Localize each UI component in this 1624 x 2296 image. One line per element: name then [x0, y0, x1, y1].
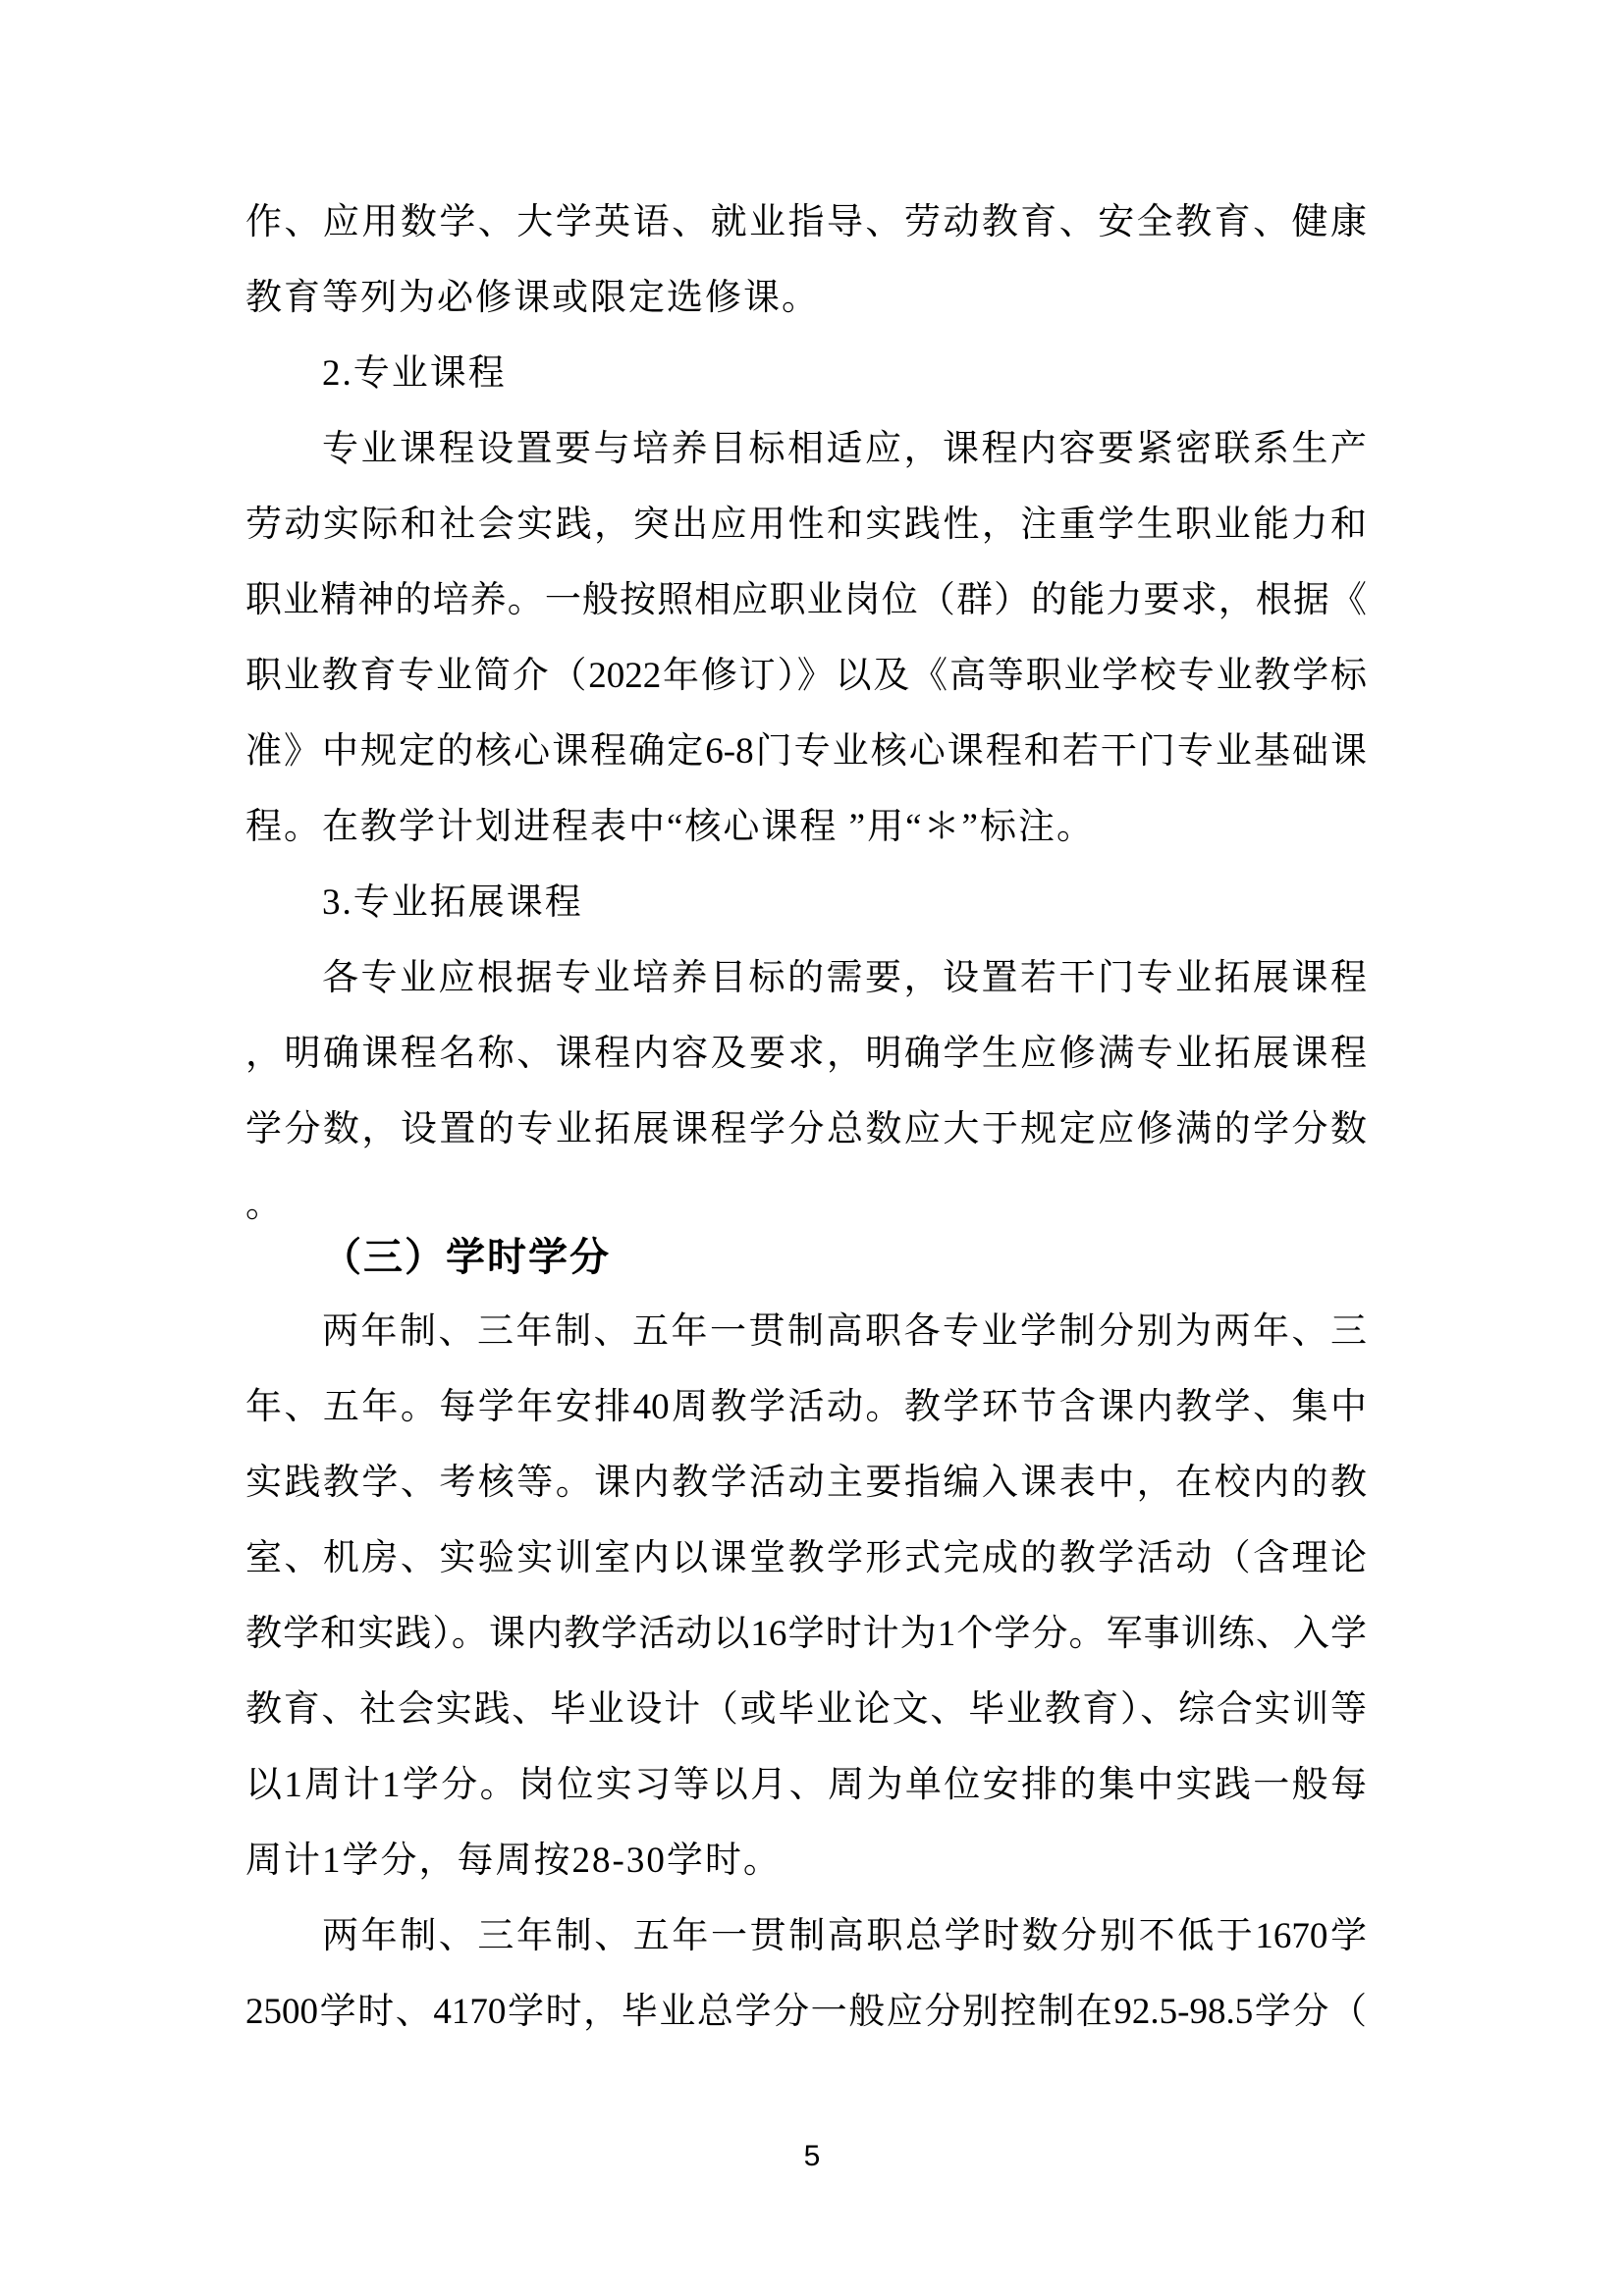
text-line: 教育、社会实践、毕业设计（或毕业论文、毕业教育）、综合实训等 — [245, 1672, 1367, 1747]
text-line: 室、机房、实验实训室内以课堂教学形式完成的教学活动（含理论 — [245, 1521, 1367, 1596]
page-number: 5 — [0, 2140, 1624, 2173]
document-text-block: 作、应用数学、大学英语、就业指导、劳动教育、安全教育、健康教育等列为必修课或限定… — [245, 185, 1367, 2050]
text-line: 教育等列为必修课或限定选修课。 — [245, 260, 1367, 336]
text-line: 程。在教学计划进程表中“核心课程 ”用“＊”标注。 — [245, 789, 1367, 865]
text-line: 实践教学、考核等。课内教学活动主要指编入课表中，在校内的教 — [245, 1445, 1367, 1521]
text-line: 2500学时、4170学时，毕业总学分一般应分别控制在92.5-98.5学分（ — [245, 1974, 1367, 2050]
text-line: 各专业应根据专业培养目标的需要，设置若干门专业拓展课程 — [245, 940, 1367, 1016]
text-line: 2.专业课程 — [245, 336, 1367, 411]
text-line: 作、应用数学、大学英语、就业指导、劳动教育、安全教育、健康 — [245, 185, 1367, 260]
text-line: 两年制、三年制、五年一贯制高职总学时数分别不低于1670学时、 — [245, 1898, 1367, 1974]
document-page: 作、应用数学、大学英语、就业指导、劳动教育、安全教育、健康教育等列为必修课或限定… — [0, 0, 1624, 2296]
text-line: 准》中规定的核心课程确定6-8门专业核心课程和若干门专业基础课 — [245, 714, 1367, 789]
text-line: 劳动实际和社会实践，突出应用性和实践性，注重学生职业能力和 — [245, 487, 1367, 562]
text-line: 以1周计1学分。岗位实习等以月、周为单位安排的集中实践一般每 — [245, 1747, 1367, 1823]
text-line: 3.专业拓展课程 — [245, 865, 1367, 940]
text-line: 两年制、三年制、五年一贯制高职各专业学制分别为两年、三 — [245, 1294, 1367, 1369]
text-line: 年、五年。每学年安排40周教学活动。教学环节含课内教学、集中 — [245, 1369, 1367, 1445]
text-line: 职业教育专业简介（2022年修订）》以及《高等职业学校专业教学标 — [245, 638, 1367, 714]
text-line: 职业精神的培养。一般按照相应职业岗位（群）的能力要求，根据《 — [245, 562, 1367, 638]
section-heading: （三）学时学分 — [245, 1220, 1367, 1296]
text-line: 专业课程设置要与培养目标相适应，课程内容要紧密联系生产 — [245, 411, 1367, 487]
text-line: 学分数，设置的专业拓展课程学分总数应大于规定应修满的学分数 — [245, 1092, 1367, 1167]
text-line: 教学和实践）。课内教学活动以16学时计为1个学分。军事训练、入学 — [245, 1596, 1367, 1672]
text-line: 周计1学分，每周按28-30学时。 — [245, 1823, 1367, 1898]
text-line: ，明确课程名称、课程内容及要求，明确学生应修满专业拓展课程 — [245, 1016, 1367, 1092]
